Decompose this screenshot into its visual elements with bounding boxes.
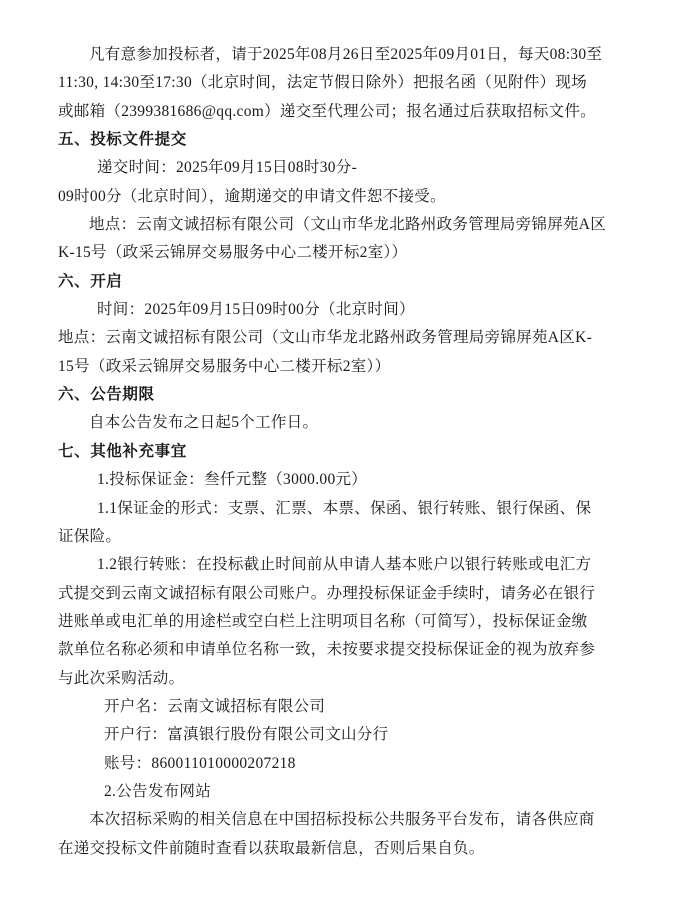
document-body: 凡有意参加投标者，请于2025年08月26日至2025年09月01日，每天08:… [58,41,628,863]
text-line: 进账单或电汇单的用途栏或空白栏上注明项目名称（可简写），投标保证金缴 [58,608,628,636]
text-line: 15号（政采云锦屏交易服务中心二楼开标2室）） [58,353,628,381]
text-line: 账号：860011010000207218 [58,750,628,778]
text-line: 1.1保证金的形式：支票、汇票、本票、保函、银行转账、银行保函、保 [58,495,628,523]
text-line: 凡有意参加投标者，请于2025年08月26日至2025年09月01日，每天08:… [58,41,628,69]
text-line: 1.投标保证金：叁仟元整（3000.00元） [58,466,628,494]
text-line: K-15号（政采云锦屏交易服务中心二楼开标2室）） [58,239,628,267]
section-heading: 六、开启 [58,268,628,296]
section-heading: 七、其他补充事宜 [58,438,628,466]
text-line: 递交时间：2025年09月15日08时30分- [58,154,628,182]
text-line: 款单位名称必须和申请单位名称一致，未按要求提交投标保证金的视为放弃参 [58,636,628,664]
text-line: 或邮箱（2399381686@qq.com）递交至代理公司；报名通过后获取招标文… [58,98,628,126]
document-page: 凡有意参加投标者，请于2025年08月26日至2025年09月01日，每天08:… [0,0,686,897]
text-line: 在递交投标文件前随时查看以获取最新信息，否则后果自负。 [58,835,628,863]
text-line: 开户行：富滇银行股份有限公司文山分行 [58,721,628,749]
text-line: 时间：2025年09月15日09时00分（北京时间） [58,296,628,324]
text-line: 与此次采购活动。 [58,665,628,693]
text-line: 2.公告发布网站 [58,778,628,806]
text-line: 证保险。 [58,523,628,551]
text-line: 自本公告发布之日起5个工作日。 [58,409,628,437]
text-line: 式提交到云南文诚招标有限公司账户。办理投标保证金手续时，请务必在银行 [58,580,628,608]
text-line: 地点：云南文诚招标有限公司（文山市华龙北路州政务管理局旁锦屏苑A区 [58,211,628,239]
section-heading: 五、投标文件提交 [58,126,628,154]
text-line: 11:30, 14:30至17:30（北京时间，法定节假日除外）把报名函（见附件… [58,69,628,97]
text-line: 本次招标采购的相关信息在中国招标投标公共服务平台发布，请各供应商 [58,806,628,834]
text-line: 1.2银行转账：在投标截止时间前从申请人基本账户以银行转账或电汇方 [58,551,628,579]
section-heading: 六、公告期限 [58,381,628,409]
text-line: 地点：云南文诚招标有限公司（文山市华龙北路州政务管理局旁锦屏苑A区K- [58,324,628,352]
text-line: 开户名：云南文诚招标有限公司 [58,693,628,721]
text-line: 09时00分（北京时间），逾期递交的申请文件恕不接受。 [58,183,628,211]
